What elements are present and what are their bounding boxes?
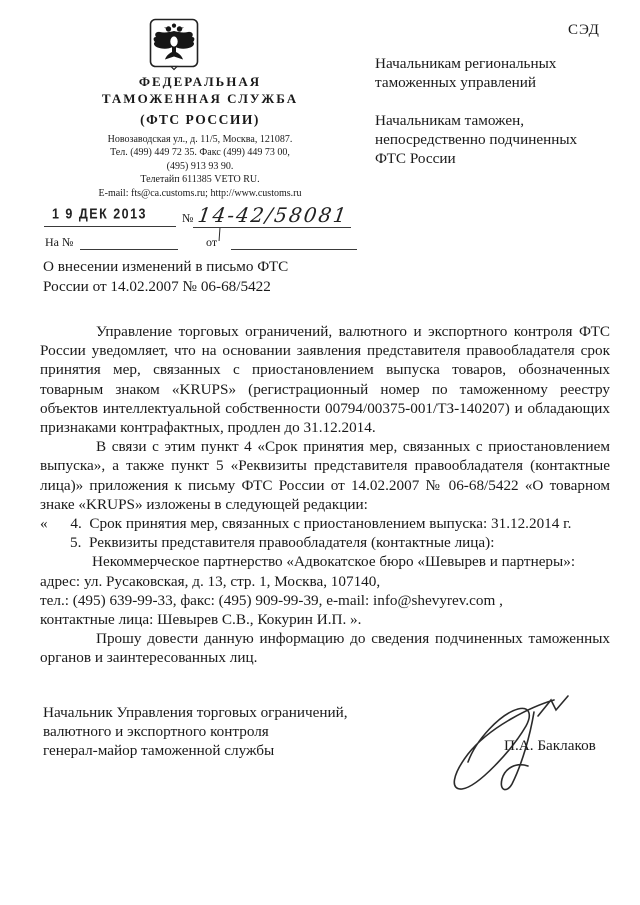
- recipient-block-1: Начальникам региональных таможенных упра…: [375, 54, 610, 92]
- coat-of-arms-icon: [149, 18, 199, 72]
- recipient-line: Начальникам таможен,: [375, 111, 610, 130]
- quote-line: Некоммерческое партнерство «Адвокатское …: [40, 552, 610, 571]
- from-underline: [231, 249, 357, 250]
- quote-line: адрес: ул. Русаковская, д. 13, стр. 1, М…: [40, 572, 610, 591]
- number-underline: [193, 227, 351, 228]
- recipient-block-2: Начальникам таможен, непосредственно под…: [375, 111, 610, 168]
- number-sign: №: [182, 211, 193, 226]
- pen-stroke: [219, 228, 221, 241]
- letter-page: СЭД ФЕДЕРАЛЬНАЯ ТАМОЖЕННАЯ СЛУЖБА (ФТС Р…: [0, 0, 640, 905]
- org-name-line1: ФЕДЕРАЛЬНАЯ: [40, 74, 360, 90]
- from-label: от: [206, 235, 217, 250]
- signer-position-line: валютного и экспортного контроля: [43, 722, 383, 741]
- address-line: Тел. (499) 449 72 35. Факс (499) 449 73 …: [40, 146, 360, 159]
- outgoing-number-handwritten: 14-42/58081: [196, 203, 349, 227]
- signer-position-line: Начальник Управления торговых ограничени…: [43, 703, 383, 722]
- sed-label: СЭД: [568, 22, 600, 39]
- address-line: Новозаводская ул., д. 11/5, Москва, 1210…: [40, 133, 360, 146]
- reference-label: На №: [45, 235, 73, 250]
- org-short-name: (ФТС РОССИИ): [40, 112, 360, 128]
- signer-position-line: генерал-майор таможенной службы: [43, 741, 383, 760]
- subject-line: О внесении изменений в письмо ФТС: [43, 257, 333, 277]
- recipient-line: Начальникам региональных: [375, 54, 610, 73]
- recipient-line: непосредственно подчиненных: [375, 130, 610, 149]
- recipient-line: таможенных управлений: [375, 73, 610, 92]
- quote-line: контактные лица: Шевырев С.В., Кокурин И…: [40, 610, 610, 629]
- subject-line: России от 14.02.2007 № 06-68/5422: [43, 277, 333, 297]
- quote-line: « 4. Срок принятия мер, связанных с прио…: [40, 514, 610, 533]
- subject-block: О внесении изменений в письмо ФТС России…: [43, 257, 333, 296]
- body-paragraph-1: Управление торговых ограничений, валютно…: [40, 322, 610, 437]
- letter-body: Управление торговых ограничений, валютно…: [40, 322, 610, 668]
- body-paragraph-3: Прошу довести данную информацию до сведе…: [40, 629, 610, 667]
- quote-line: 5. Реквизиты представителя правообладате…: [40, 533, 610, 552]
- reference-underline: [80, 249, 178, 250]
- body-paragraph-2: В связи с этим пункт 4 «Срок принятия ме…: [40, 437, 610, 514]
- signer-position-block: Начальник Управления торговых ограничени…: [43, 703, 383, 761]
- date-stamp: 1 9 ДЕК 2013: [52, 206, 147, 222]
- recipient-line: ФТС России: [375, 149, 610, 168]
- date-underline: [44, 226, 176, 227]
- address-line: (495) 913 93 90.: [40, 160, 360, 173]
- address-line: Телетайп 611385 VETO RU.: [40, 173, 360, 186]
- org-address-block: Новозаводская ул., д. 11/5, Москва, 1210…: [40, 133, 360, 200]
- quote-line: тел.: (495) 639-99-33, факс: (495) 909-9…: [40, 591, 610, 610]
- address-line: E-mail: fts@ca.customs.ru; http://www.cu…: [40, 187, 360, 200]
- signer-name: П.А. Баклаков: [504, 737, 596, 755]
- org-name-line2: ТАМОЖЕННАЯ СЛУЖБА: [40, 91, 360, 107]
